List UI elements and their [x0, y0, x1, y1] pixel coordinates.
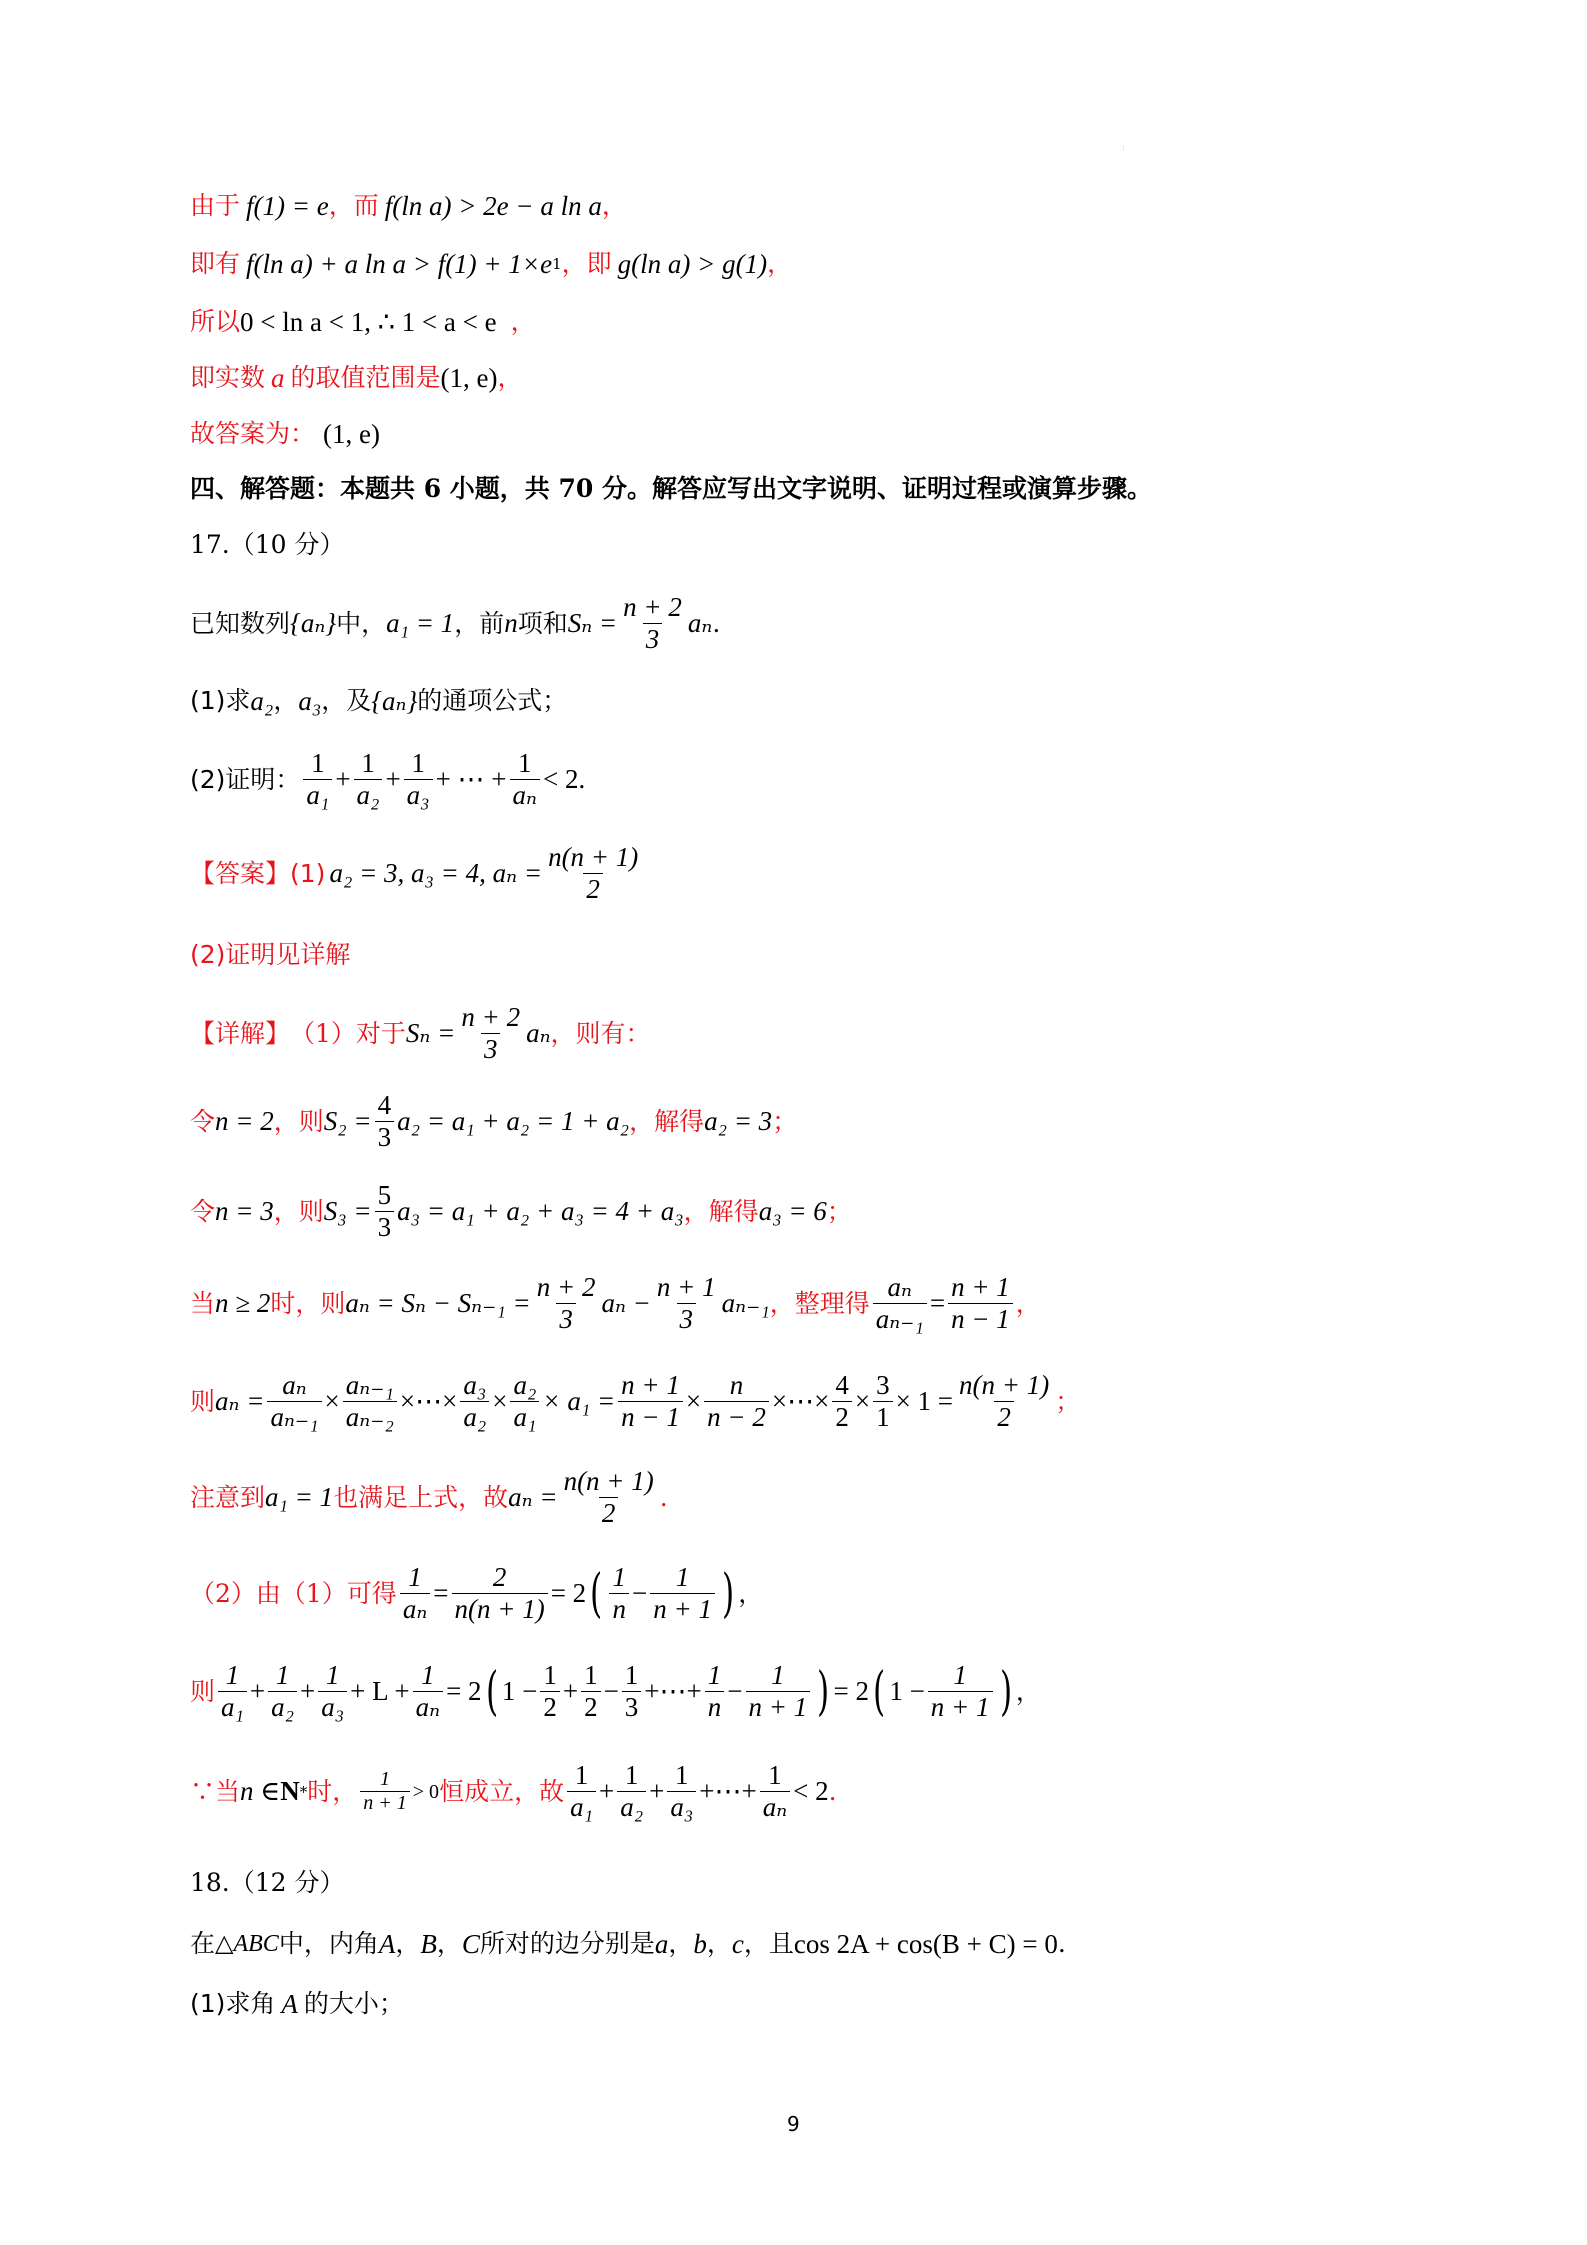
fraction: 1aₙ: [413, 1660, 443, 1723]
math: a₂ = a₁ + a₂ = 1 + a₂: [397, 1105, 629, 1137]
numerator: 1: [308, 748, 328, 779]
denominator: 2: [583, 873, 603, 905]
denominator: a₂: [354, 779, 383, 811]
denominator: aₙ: [400, 1593, 430, 1625]
numerator: 1: [622, 1660, 642, 1691]
denominator: a₁: [218, 1691, 247, 1723]
math: f(1) = e: [246, 190, 329, 222]
denominator: n(n + 1): [452, 1593, 548, 1625]
right-paren: ): [817, 1666, 829, 1718]
numerator: 1: [405, 1562, 425, 1593]
text: .: [1058, 1929, 1066, 1959]
left-paren: (: [873, 1666, 885, 1718]
math: aₙ: [688, 607, 712, 639]
solution-tag: 【详解】: [190, 1019, 290, 1049]
fraction: a₂a₁: [510, 1370, 539, 1433]
denominator: 2: [581, 1691, 601, 1723]
solution-line-3: 所以 0 < ln a < 1, ∴ 1 < a < e ，: [190, 306, 536, 338]
operator: ×: [855, 1385, 870, 1417]
text: 所对的边分别是: [480, 1929, 655, 1959]
math: S₃ =: [324, 1195, 372, 1227]
math: 1 −: [502, 1675, 537, 1707]
numerator: n(n + 1): [561, 1466, 657, 1497]
fraction: 1aₙ: [400, 1562, 430, 1625]
heading-text: 四、解答题：本题共 6 小题，共 70 分。解答应写出文字说明、证明过程或演算步…: [190, 474, 1152, 504]
text: 则: [190, 1677, 215, 1707]
fraction: 1a₃: [667, 1760, 696, 1823]
text: ，: [395, 1929, 420, 1959]
math: a₃ = a₁ + a₂ + a₃ = 4 + a₃: [397, 1195, 684, 1227]
text: 恒成立，故: [439, 1777, 564, 1807]
text: 则: [190, 1387, 215, 1417]
text: (1): [290, 859, 325, 889]
right-paren: ): [722, 1568, 734, 1620]
text: 时，: [307, 1777, 357, 1807]
denominator: aₙ₋₂: [343, 1401, 397, 1433]
math-var: n: [504, 607, 518, 639]
numerator: 2: [490, 1562, 510, 1593]
numerator: 1: [323, 1660, 343, 1691]
text: ，: [707, 1929, 732, 1959]
denominator: n: [705, 1691, 725, 1723]
text: ，则: [274, 1107, 324, 1137]
fraction: 31: [873, 1370, 893, 1433]
question-18-part-1: (1)求角 A 的大小；: [190, 1988, 404, 2020]
text: （2）由（1）可得: [190, 1579, 397, 1609]
text: ，: [738, 1579, 763, 1609]
denominator: 3: [622, 1691, 642, 1723]
denominator: n − 2: [704, 1401, 769, 1433]
page-number: 9: [787, 2112, 800, 2136]
text: ，前: [454, 609, 504, 639]
math: n = 2: [215, 1105, 274, 1137]
question-18-title: 18.（12 分）: [190, 1868, 345, 1898]
question-18-stem: 在 △ABC 中，内角 A ， B ， C 所对的边分别是 a ， b ， c …: [190, 1928, 1066, 1960]
math: S₂ =: [324, 1105, 372, 1137]
text: 由于: [190, 191, 240, 221]
math: a₃: [298, 685, 321, 717]
fraction: 12: [581, 1660, 601, 1723]
text: (2)证明：: [190, 765, 300, 795]
answer-tag: 【答案】: [190, 859, 290, 889]
denominator: aₙ: [413, 1691, 443, 1723]
text: ，及: [321, 686, 371, 716]
numerator: a₃: [460, 1370, 489, 1401]
math-var: A: [379, 1928, 396, 1960]
right-paren: ): [1000, 1666, 1012, 1718]
denominator: a₃: [667, 1791, 696, 1823]
numerator: aₙ: [885, 1272, 915, 1303]
numerator: 1: [273, 1660, 293, 1691]
text: ；: [772, 1107, 797, 1137]
left-paren: (: [486, 1666, 498, 1718]
solution-step-5: 则 aₙ = aₙaₙ₋₁ × aₙ₋₁aₙ₋₂ ×⋯× a₃a₂ × a₂a₁…: [190, 1370, 1080, 1433]
numerator: 1: [950, 1660, 970, 1691]
math: a₂ = 3, a₃ = 4, aₙ =: [329, 857, 542, 889]
denominator: n: [609, 1593, 629, 1625]
denominator: a₁: [567, 1791, 596, 1823]
math: a₁ = 1: [265, 1481, 333, 1513]
fraction: aₙ₋₁aₙ₋₂: [343, 1370, 397, 1433]
question-17-part-2: (2)证明： 1a₁ + 1a₂ + 1a₃ + ⋯ + 1aₙ < 2.: [190, 748, 585, 811]
question-17-title: 17.（10 分）: [190, 530, 345, 560]
fraction: n(n + 1)2: [561, 1466, 657, 1529]
denominator: 2: [540, 1691, 560, 1723]
text: 的通项公式；: [417, 686, 567, 716]
fraction: a₃a₂: [460, 1370, 489, 1433]
numerator: 1: [581, 1660, 601, 1691]
fraction: aₙaₙ₋₁: [873, 1272, 927, 1335]
math: {aₙ}: [371, 685, 417, 717]
math-var: a: [655, 1928, 669, 1960]
operator: ×⋯×: [772, 1385, 829, 1417]
denominator: n + 1: [360, 1791, 410, 1815]
title-text: 17.（10 分）: [190, 530, 345, 560]
fraction: 1n: [705, 1660, 725, 1723]
text: ，解得: [684, 1197, 759, 1227]
math-var: B: [420, 1928, 437, 1960]
answer-part-2: (2)证明见详解: [190, 940, 350, 970]
operator: + ⋯ +: [436, 763, 507, 795]
fraction: 1a₁: [218, 1660, 247, 1723]
numerator: 1: [705, 1660, 725, 1691]
math-var: A: [281, 1988, 298, 2020]
superscript: 1: [552, 255, 562, 273]
denominator: n + 1: [928, 1691, 993, 1723]
text: ，整理得: [770, 1289, 870, 1319]
operator: +: [599, 1775, 614, 1807]
numerator: 5: [375, 1180, 395, 1211]
numerator: a₂: [510, 1370, 539, 1401]
fraction: 1a₁: [567, 1760, 596, 1823]
numerator: aₙ: [279, 1370, 309, 1401]
text: ，: [511, 307, 536, 337]
math: n = 3: [215, 1195, 274, 1227]
math: a₂ = 3: [704, 1105, 772, 1137]
denominator: 3: [556, 1303, 576, 1335]
denominator: 1: [873, 1401, 893, 1433]
math: aₙ =: [215, 1385, 264, 1417]
operator: +: [649, 1775, 664, 1807]
denominator: a₃: [404, 779, 433, 811]
denominator: 2: [832, 1401, 852, 1433]
text: 时，则: [270, 1289, 345, 1319]
math: × a₁ =: [542, 1385, 615, 1417]
fraction: n + 23: [534, 1272, 599, 1335]
fraction: 43: [375, 1090, 395, 1153]
denominator: 2: [599, 1497, 619, 1529]
text: ，: [668, 1929, 693, 1959]
operator: +⋯+: [699, 1775, 756, 1807]
text: ，: [602, 191, 627, 221]
denominator: n − 1: [618, 1401, 683, 1433]
text: 的取值范围是: [291, 363, 441, 393]
text: 故答案为：: [190, 419, 315, 449]
text: ，: [498, 363, 523, 393]
math: a₂: [250, 685, 273, 717]
fraction: 42: [832, 1370, 852, 1433]
operator: =: [930, 1287, 945, 1319]
math: < 2.: [543, 763, 585, 795]
text: ∵当: [190, 1777, 240, 1807]
denominator: aₙ: [760, 1791, 790, 1823]
text: 在: [190, 1929, 215, 1959]
fraction: n + 23: [458, 1002, 523, 1065]
fraction: n + 13: [654, 1272, 719, 1335]
text: 也满足上式，故: [333, 1483, 508, 1513]
fraction: 1n + 1: [650, 1562, 715, 1625]
text: ，且: [744, 1929, 794, 1959]
fraction: 1n + 1: [360, 1768, 410, 1815]
solution-line-5: 故答案为： (1, e): [190, 418, 380, 450]
math: Sₙ =: [406, 1017, 455, 1049]
math: + L +: [350, 1675, 409, 1707]
numerator: 4: [832, 1370, 852, 1401]
fraction: 1a₂: [268, 1660, 297, 1723]
text: 中，内角: [279, 1929, 379, 1959]
natural-numbers-symbol: N: [280, 1775, 300, 1807]
math: △ABC: [215, 1930, 279, 1959]
operator: ×⋯×: [400, 1385, 457, 1417]
text: ，: [437, 1929, 462, 1959]
text: ，则有：: [551, 1019, 651, 1049]
solution-step-2: 令 n = 2 ，则 S₂ = 43 a₂ = a₁ + a₂ = 1 + a₂…: [190, 1090, 797, 1153]
denominator: 3: [481, 1033, 501, 1065]
numerator: n(n + 1): [956, 1370, 1052, 1401]
corner-mark: :: [1122, 143, 1125, 152]
fraction: n(n + 1)2: [956, 1370, 1052, 1433]
operator: ×: [492, 1385, 507, 1417]
text: 所以: [190, 307, 240, 337]
fraction: 1aₙ: [510, 748, 540, 811]
text: ，: [1016, 1289, 1041, 1319]
math: f(ln a) + a ln a > f(1) + 1×e: [246, 248, 552, 280]
fraction: 13: [622, 1660, 642, 1723]
denominator: a₁: [303, 779, 332, 811]
numerator: 1: [609, 1562, 629, 1593]
math: aₙ: [526, 1017, 550, 1049]
operator: +: [250, 1675, 265, 1707]
math: {aₙ}: [290, 607, 336, 639]
fraction: 1aₙ: [760, 1760, 790, 1823]
text: 项和: [518, 609, 568, 639]
solution-step-7: （2）由（1）可得 1aₙ = 2n(n + 1) = 2 ( 1n − 1n …: [190, 1562, 763, 1625]
math-var: c: [732, 1928, 744, 1960]
question-17-stem: 已知数列 {aₙ} 中， a₁ = 1 ，前 n 项和 Sₙ = n + 23 …: [190, 592, 720, 655]
numerator: n + 2: [620, 592, 685, 623]
math-var: C: [462, 1928, 480, 1960]
numerator: n: [727, 1370, 747, 1401]
fraction: 1a₂: [354, 748, 383, 811]
denominator: 3: [677, 1303, 697, 1335]
numerator: 1: [673, 1562, 693, 1593]
denominator: 3: [375, 1211, 395, 1243]
text: ，: [1016, 1677, 1041, 1707]
numerator: 1: [515, 748, 535, 779]
numerator: n + 1: [654, 1272, 719, 1303]
text: (1)求角: [190, 1989, 275, 2019]
denominator: a₁: [510, 1401, 539, 1433]
denominator: 3: [375, 1121, 395, 1153]
solution-step-9: ∵当 n ∈ N * 时， 1n + 1 > 0 恒成立，故 1a₁ + 1a₂…: [190, 1760, 837, 1823]
math: (1, e): [323, 418, 380, 450]
text: 即有: [190, 249, 240, 279]
solution-line-1: 由于 f(1) = e ，而 f(ln a) > 2e − a ln a ，: [190, 190, 627, 222]
text: .: [829, 1777, 837, 1807]
text: .: [660, 1483, 668, 1513]
math: Sₙ =: [568, 607, 617, 639]
math: = 2: [551, 1577, 586, 1609]
text: ，则: [274, 1197, 324, 1227]
operator: +: [300, 1675, 315, 1707]
text: 令: [190, 1107, 215, 1137]
math: f(ln a) > 2e − a ln a: [385, 190, 602, 222]
denominator: a₂: [268, 1691, 297, 1723]
numerator: 1: [768, 1660, 788, 1691]
math: 0 < ln a < 1, ∴ 1 < a < e: [240, 306, 497, 338]
title-text: 18.（12 分）: [190, 1868, 345, 1898]
math: a₁ = 1: [386, 607, 454, 639]
answer-line: 【答案】 (1) a₂ = 3, a₃ = 4, aₙ = n(n + 1)2: [190, 842, 644, 905]
solution-step-3: 令 n = 3 ，则 S₃ = 53 a₃ = a₁ + a₂ + a₃ = 4…: [190, 1180, 852, 1243]
math: aₙ −: [601, 1287, 650, 1319]
text: 令: [190, 1197, 215, 1227]
numerator: n + 2: [458, 1002, 523, 1033]
numerator: 3: [873, 1370, 893, 1401]
text: ，: [767, 249, 792, 279]
math: 1 −: [889, 1675, 924, 1707]
text: （1）对于: [290, 1019, 406, 1049]
numerator: 1: [408, 748, 428, 779]
fraction: 2n(n + 1): [452, 1562, 548, 1625]
math: n ≥ 2: [215, 1287, 270, 1319]
numerator: n(n + 1): [545, 842, 641, 873]
text: 的大小；: [304, 1989, 404, 2019]
fraction: n + 1n − 1: [948, 1272, 1013, 1335]
fraction: n + 1n − 1: [618, 1370, 683, 1433]
denominator: 2: [994, 1401, 1014, 1433]
math: > 0: [413, 1780, 439, 1804]
fraction: nn − 2: [704, 1370, 769, 1433]
numerator: 1: [223, 1660, 243, 1691]
solution-line-4: 即实数 a 的取值范围是 (1, e) ，: [190, 362, 523, 394]
fraction: 1n + 1: [928, 1660, 993, 1723]
text: ，: [273, 686, 298, 716]
numerator: 1: [540, 1660, 560, 1691]
text: ；: [1055, 1387, 1080, 1417]
fraction: n(n + 1)2: [545, 842, 641, 905]
text: 注意到: [190, 1483, 265, 1513]
math: aₙ = Sₙ − Sₙ₋₁ =: [345, 1287, 530, 1319]
numerator: n + 1: [618, 1370, 683, 1401]
section-heading: 四、解答题：本题共 6 小题，共 70 分。解答应写出文字说明、证明过程或演算步…: [190, 474, 1152, 504]
math-var: b: [693, 1928, 707, 1960]
operator: −: [604, 1675, 619, 1707]
fraction: aₙaₙ₋₁: [267, 1370, 321, 1433]
numerator: 1: [358, 748, 378, 779]
math: < 2: [793, 1775, 828, 1807]
denominator: n − 1: [948, 1303, 1013, 1335]
math: n ∈: [240, 1775, 280, 1807]
superscript: *: [300, 1783, 308, 1801]
operator: ×: [325, 1385, 340, 1417]
numerator: 1: [377, 1768, 393, 1791]
math: (1, e): [441, 362, 498, 394]
operator: +: [385, 763, 400, 795]
math: aₙ₋₁: [722, 1287, 770, 1319]
denominator: aₙ₋₁: [873, 1303, 927, 1335]
math: aₙ =: [508, 1481, 557, 1513]
text: ，解得: [629, 1107, 704, 1137]
left-paren: (: [590, 1568, 602, 1620]
operator: −: [632, 1577, 647, 1609]
operator: =: [433, 1577, 448, 1609]
fraction: 1a₃: [404, 748, 433, 811]
operator: ×: [686, 1385, 701, 1417]
math-var: a: [271, 362, 285, 394]
fraction: 1a₂: [617, 1760, 646, 1823]
text: 已知数列: [190, 609, 290, 639]
text: ，而: [329, 191, 379, 221]
text: ；: [827, 1197, 852, 1227]
solution-step-6: 注意到 a₁ = 1 也满足上式，故 aₙ = n(n + 1)2 .: [190, 1466, 668, 1529]
math: × 1 =: [896, 1385, 953, 1417]
numerator: 4: [375, 1090, 395, 1121]
denominator: aₙ₋₁: [267, 1401, 321, 1433]
denominator: n + 1: [746, 1691, 811, 1723]
denominator: a₂: [617, 1791, 646, 1823]
solution-step-4: 当 n ≥ 2 时，则 aₙ = Sₙ − Sₙ₋₁ = n + 23 aₙ −…: [190, 1272, 1041, 1335]
math: = 2: [834, 1675, 869, 1707]
operator: −: [727, 1675, 742, 1707]
fraction: 53: [375, 1180, 395, 1243]
text: .: [712, 609, 720, 639]
math: cos 2A + cos(B + C) = 0: [794, 1928, 1058, 1960]
text: 即实数: [190, 363, 265, 393]
numerator: n + 1: [948, 1272, 1013, 1303]
fraction: 12: [540, 1660, 560, 1723]
text: 中，: [336, 609, 386, 639]
denominator: 3: [643, 623, 663, 655]
numerator: 1: [418, 1660, 438, 1691]
numerator: aₙ₋₁: [343, 1370, 397, 1401]
question-17-part-1: (1)求 a₂ ， a₃ ，及 {aₙ} 的通项公式；: [190, 685, 567, 717]
math: a₃ = 6: [759, 1195, 827, 1227]
fraction: 1n + 1: [746, 1660, 811, 1723]
fraction: 1n: [609, 1562, 629, 1625]
text: (1)求: [190, 686, 250, 716]
denominator: n + 1: [650, 1593, 715, 1625]
solution-line-2: 即有 f(ln a) + a ln a > f(1) + 1×e 1 ，即 g(…: [190, 248, 792, 280]
denominator: aₙ: [510, 779, 540, 811]
operator: +: [563, 1675, 578, 1707]
math: = 2: [446, 1675, 481, 1707]
fraction: 1a₁: [303, 748, 332, 811]
operator: +: [335, 763, 350, 795]
math: g(ln a) > g(1): [618, 248, 767, 280]
denominator: a₃: [318, 1691, 347, 1723]
denominator: a₂: [460, 1401, 489, 1433]
solution-step-1: 【详解】 （1）对于 Sₙ = n + 23 aₙ ，则有：: [190, 1002, 651, 1065]
fraction: 1a₃: [318, 1660, 347, 1723]
solution-step-8: 则 1a₁ + 1a₂ + 1a₃ + L + 1aₙ = 2 ( 1 − 12…: [190, 1660, 1041, 1723]
text: (2)证明见详解: [190, 940, 350, 970]
numerator: n + 2: [534, 1272, 599, 1303]
text: ，即: [562, 249, 612, 279]
fraction: n + 23: [620, 592, 685, 655]
operator: +⋯+: [644, 1675, 701, 1707]
text: 当: [190, 1289, 215, 1319]
